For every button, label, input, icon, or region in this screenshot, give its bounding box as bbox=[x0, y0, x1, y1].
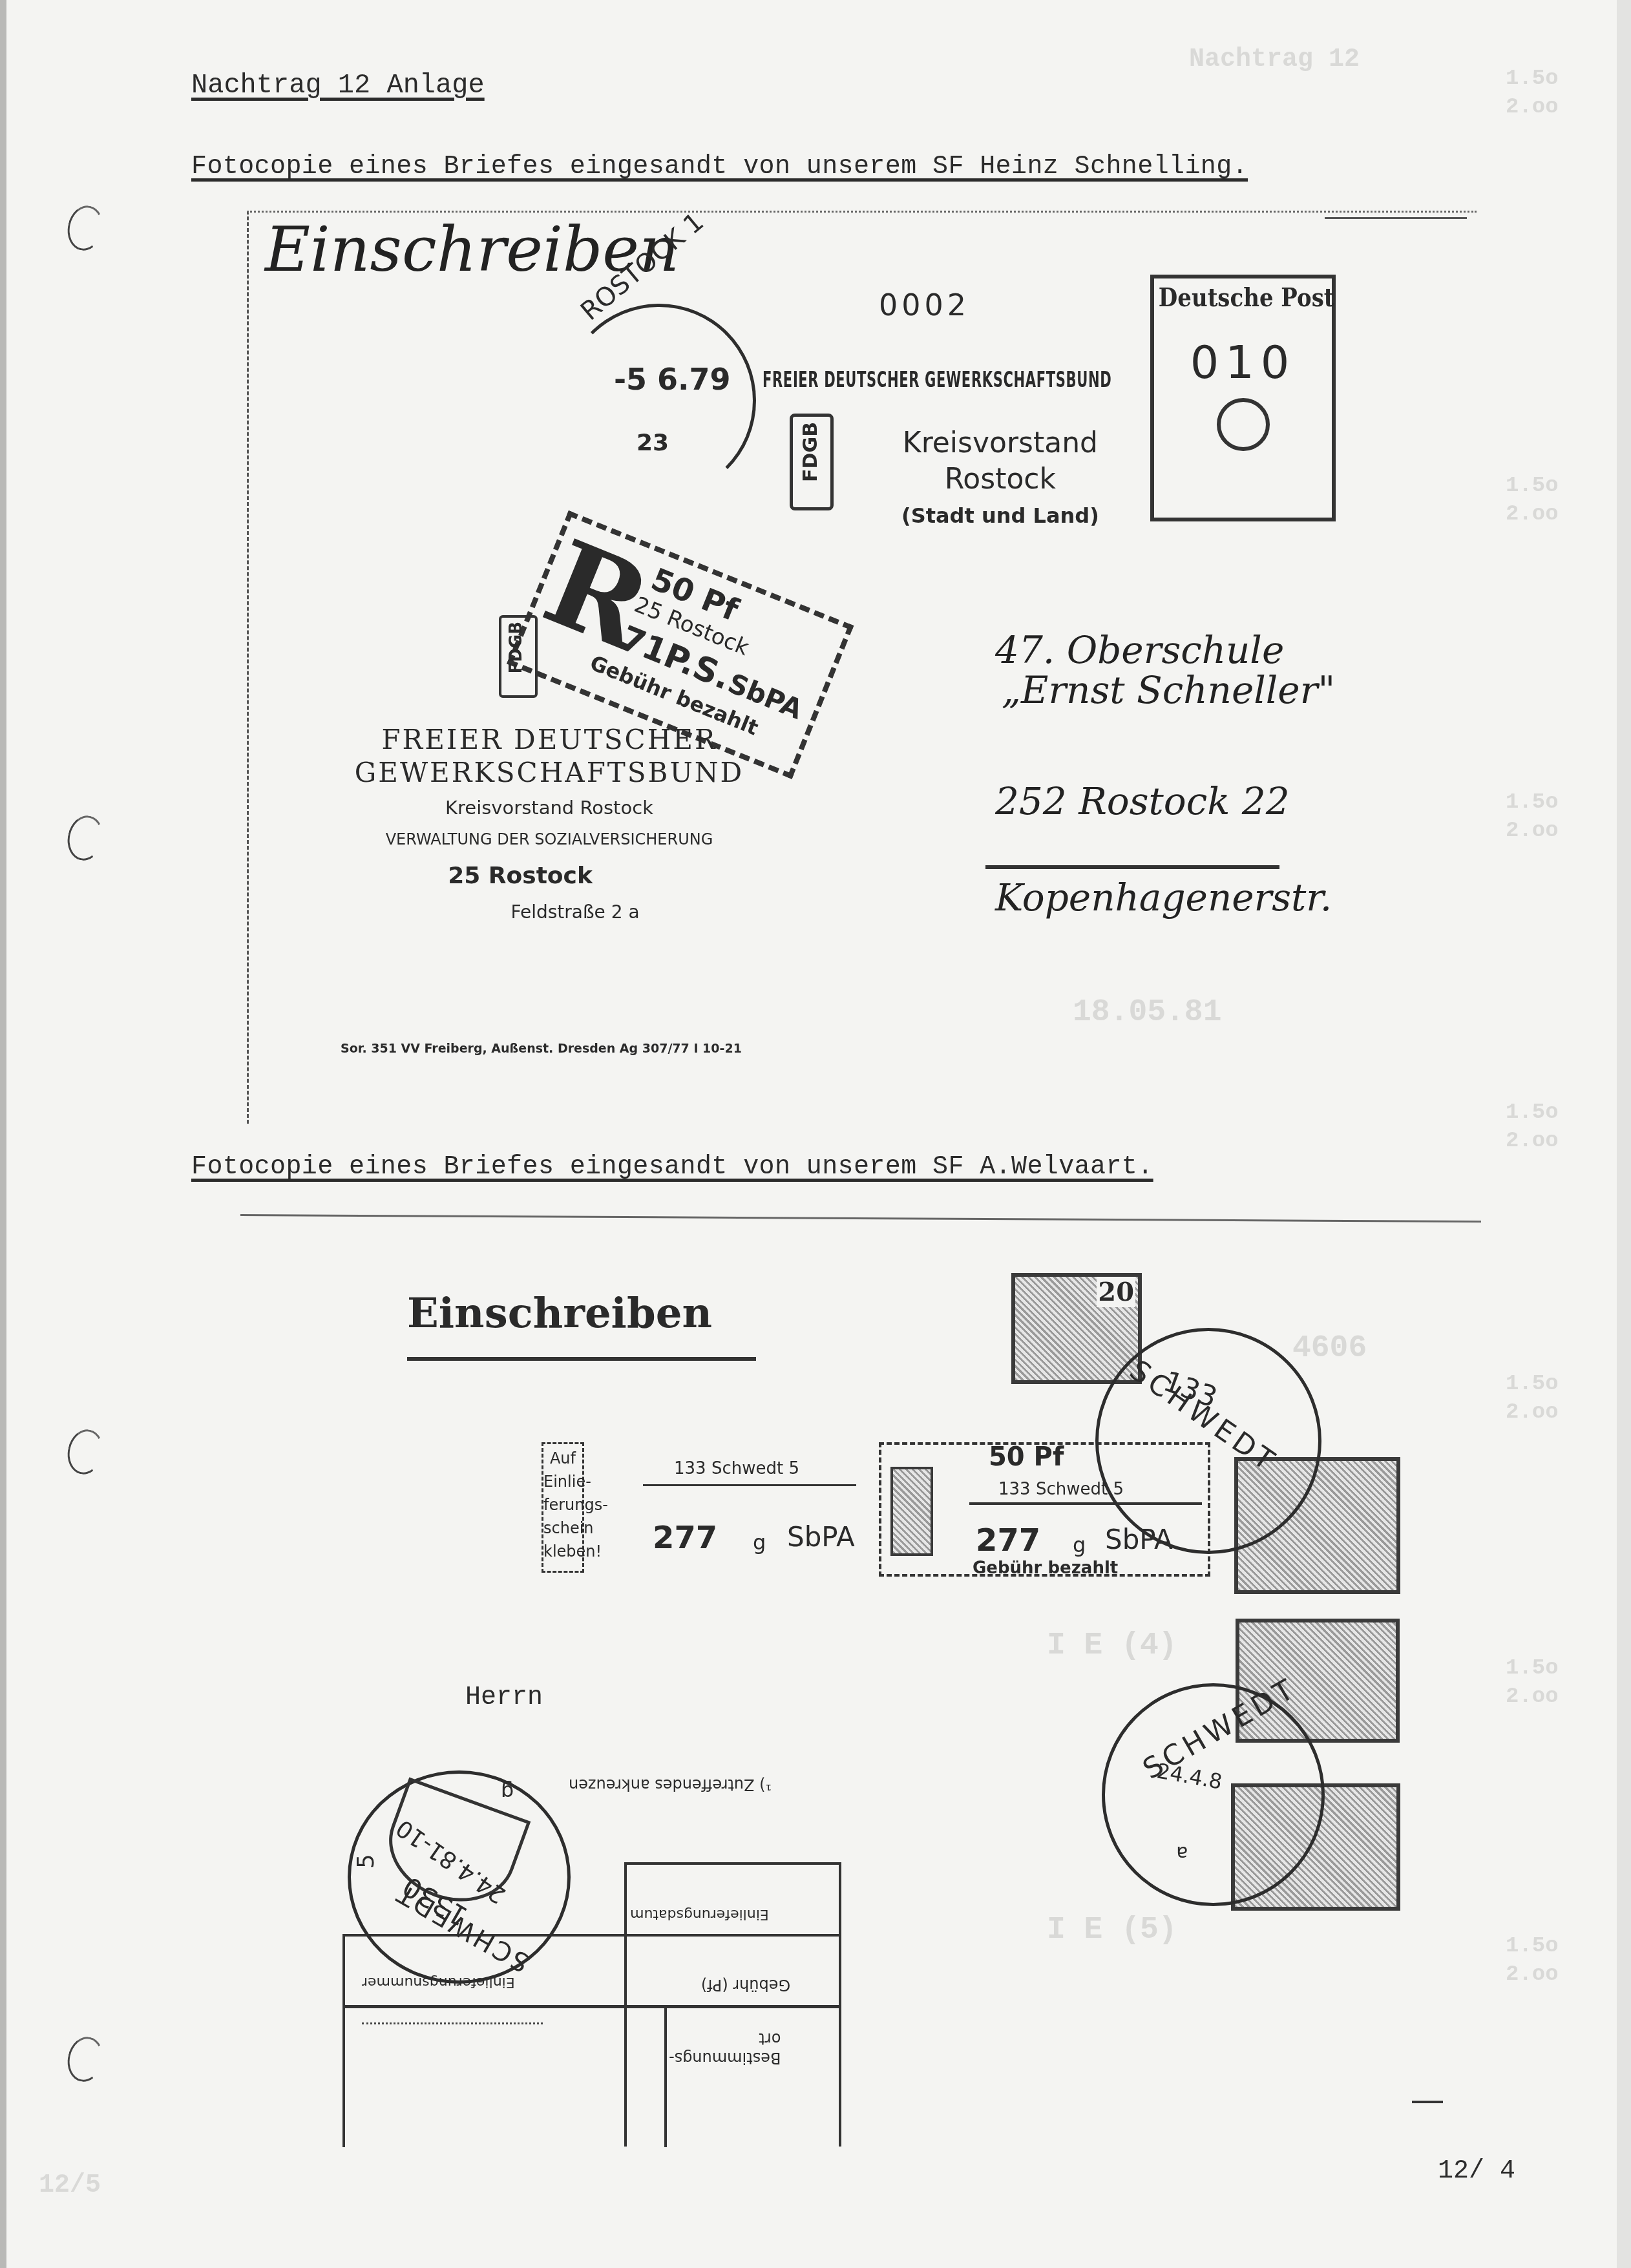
sender-logo: FDGB bbox=[499, 615, 538, 698]
ghost-margin-values: 1.5o2.oo bbox=[1506, 1932, 1559, 1989]
form-field-date: Einlieferungsdatum bbox=[630, 1906, 769, 1922]
punch-hole bbox=[63, 202, 107, 254]
form-line bbox=[624, 1862, 841, 1865]
ghost-text: 4606 bbox=[1292, 1331, 1367, 1366]
label2-unit: g bbox=[1073, 1533, 1086, 1557]
form-field-dest: Bestimmungs- ort bbox=[669, 2029, 781, 2068]
postmark-schwedt-top bbox=[1095, 1328, 1321, 1554]
sender-line: Feldstraße 2 a bbox=[388, 899, 763, 925]
ghost-margin-values: 1.5o2.oo bbox=[1506, 1654, 1559, 1711]
label2-fee-note: Gebühr bezahlt bbox=[973, 1559, 1118, 1578]
ghost-margin-values: 1.5o2.oo bbox=[1506, 65, 1559, 121]
recipient-line: 252 Rostock 22 bbox=[995, 781, 1335, 821]
ghost-margin-values: 1.5o2.oo bbox=[1506, 788, 1559, 845]
sender-address: FREIER DEUTSCHER GEWERKSCHAFTSBUND Kreis… bbox=[336, 724, 763, 925]
punch-hole bbox=[63, 812, 107, 864]
form-dotted-line bbox=[362, 2022, 543, 2024]
form-line bbox=[342, 1934, 345, 2147]
receipt-sticker-box: AufEinlie-ferungs-scheinkleben! bbox=[542, 1442, 584, 1573]
ghost-margin-values: 1.5o2.oo bbox=[1506, 1098, 1559, 1155]
posthorn-icon bbox=[1217, 398, 1270, 451]
label-divider bbox=[643, 1484, 856, 1486]
meter-value: 010 bbox=[1154, 336, 1332, 389]
label-unit: g bbox=[753, 1530, 766, 1555]
stamp-value: 20 bbox=[1097, 1277, 1135, 1307]
postmark-letter: g bbox=[501, 1780, 514, 1805]
ghost-text: I E (4) bbox=[1047, 1628, 1177, 1663]
fdgb-logo: FDGB bbox=[790, 414, 834, 510]
label-office: 133 Schwedt 5 bbox=[674, 1459, 799, 1478]
sender-line: 25 Rostock bbox=[336, 853, 704, 899]
receipt-sticker-text: AufEinlie-ferungs-scheinkleben! bbox=[543, 1444, 582, 1563]
scan-edge-left bbox=[0, 0, 6, 2268]
form-line bbox=[839, 1862, 841, 2147]
recipient-underline bbox=[985, 865, 1279, 869]
recipient-line: Kopenhagenerstr. bbox=[995, 876, 1332, 919]
page-heading: Nachtrag 12 Anlage bbox=[191, 70, 485, 101]
recipient-address: 47. Oberschule „Ernst Schneller" 252 Ros… bbox=[995, 630, 1335, 821]
postmark-rostock bbox=[562, 304, 756, 498]
title-underline bbox=[407, 1357, 756, 1361]
meter-org: Kreisvorstand Rostock (Stadt und Land) bbox=[901, 425, 1099, 534]
label-agency: SbPA bbox=[787, 1521, 855, 1553]
form-footnote: ¹) Zutreffendes ankreuzen bbox=[569, 1776, 772, 1794]
letter2-caption: Fotocopie eines Briefes eingesandt von u… bbox=[191, 1153, 1153, 1182]
ghost-text: Nachtrag 12 bbox=[1189, 45, 1360, 74]
printer-imprint: Sor. 351 VV Freiberg, Außenst. Dresden A… bbox=[341, 1042, 742, 1056]
label-number: 277 bbox=[653, 1520, 717, 1556]
sender-line: GEWERKSCHAFTSBUND bbox=[336, 756, 763, 790]
sender-line: FREIER DEUTSCHER bbox=[336, 724, 763, 756]
salutation: Herrn bbox=[465, 1683, 543, 1712]
form-line bbox=[342, 2005, 840, 2008]
punch-hole bbox=[63, 2033, 107, 2085]
postmark-suffix: a bbox=[1176, 1842, 1188, 1864]
meter-number: 0002 bbox=[879, 288, 970, 322]
ghost-margin-values: 1.5o2.oo bbox=[1506, 1370, 1559, 1427]
form-line bbox=[624, 1862, 627, 2147]
einschreiben-title: Einschreiben bbox=[407, 1289, 712, 1338]
meter-frame: Deutsche Post 010 bbox=[1150, 275, 1336, 521]
ghost-text: 12/5 bbox=[39, 2171, 101, 2200]
dash-mark bbox=[1412, 2101, 1443, 2103]
postmark-code: 23 bbox=[637, 430, 669, 456]
form-line bbox=[664, 2005, 667, 2147]
label2-number: 277 bbox=[976, 1522, 1040, 1559]
sender-logo-text: FDGB bbox=[507, 622, 526, 674]
fdgb-logo-text: FDGB bbox=[799, 422, 822, 482]
envelope-edge bbox=[240, 1214, 1481, 1223]
label2-fee: 50 Pf bbox=[989, 1442, 1064, 1472]
form-field-fee: Gebühr (Pf) bbox=[701, 1976, 790, 1994]
sender-line: Kreisvorstand Rostock bbox=[336, 790, 763, 826]
ghost-text: I E (5) bbox=[1047, 1913, 1177, 1948]
letter1-caption: Fotocopie eines Briefes eingesandt von u… bbox=[191, 152, 1248, 182]
postmark-date: -5 6.79 bbox=[614, 362, 731, 397]
sender-line: VERWALTUNG DER SOZIALVERSICHERUNG bbox=[336, 826, 763, 853]
meter-frame-title: Deutsche Post bbox=[1154, 278, 1305, 317]
envelope-edge bbox=[1325, 217, 1467, 219]
r-glyph-box bbox=[890, 1467, 933, 1556]
recipient-line: 47. Oberschule bbox=[995, 630, 1335, 670]
page-number: 12/ 4 bbox=[1438, 2157, 1515, 2186]
recipient-line: „Ernst Schneller" bbox=[1002, 670, 1335, 710]
postmark-suffix: 5 bbox=[353, 1854, 379, 1869]
punch-hole bbox=[63, 1426, 107, 1478]
scan-edge-right bbox=[1617, 0, 1631, 2268]
ghost-margin-values: 1.5o2.oo bbox=[1506, 472, 1559, 529]
meter-header: FREIER DEUTSCHER GEWERKSCHAFTSBUND bbox=[763, 367, 1111, 393]
